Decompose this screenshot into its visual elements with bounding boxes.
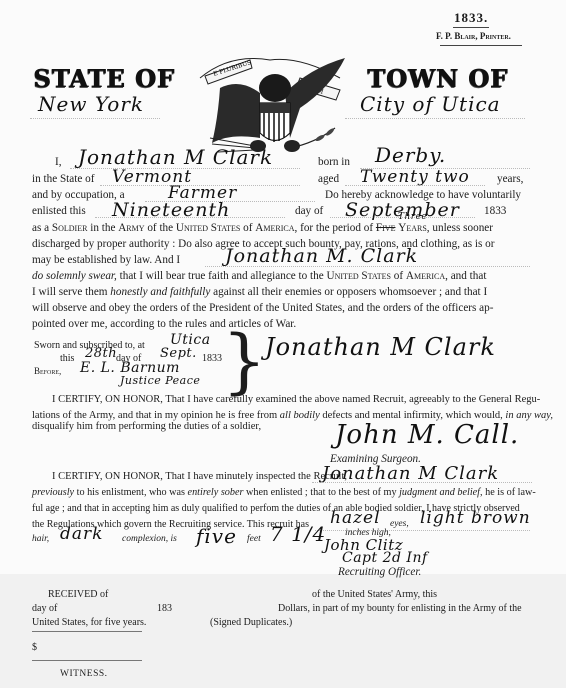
sworn-year: 1833: [202, 352, 222, 365]
printer-credit: F. P. Blair, Printer.: [436, 31, 511, 41]
hair-label: hair,: [32, 533, 49, 546]
surgeon-signature: John M. Call.: [335, 420, 519, 450]
law-line: may be established by law. And I: [32, 254, 180, 267]
officer-cert-line1: I CERTIFY, ON HONOR, That I have minutel…: [52, 470, 347, 483]
officer-cert-line2: previously to his enlistment, who was en…: [32, 486, 536, 499]
dollar-sign: $: [32, 641, 37, 654]
dollars-text: Dollars, in part of my bounty for enlist…: [278, 602, 522, 615]
hair-value: light brown: [420, 508, 531, 528]
day-of-label: day of: [295, 205, 323, 218]
soldier-line: as a Soldier in the Army of the United S…: [32, 222, 493, 235]
oath-name: Jonathan M. Clark: [225, 245, 418, 267]
officer-rank: Capt 2d Inf: [342, 550, 428, 566]
struck-period: Five: [376, 222, 396, 234]
enlisted-label: enlisted this: [32, 205, 86, 218]
state-value: New York: [38, 92, 144, 116]
sworn-month: Sept.: [160, 346, 197, 361]
aged-label: aged: [318, 173, 339, 186]
surgeon-cert-line3: disqualify him from performing the dutie…: [32, 420, 261, 433]
swear-line: do solemnly swear, that I will bear true…: [32, 270, 486, 283]
five-years-text: United States, for five years.: [32, 616, 146, 629]
surgeon-cert-line1: I CERTIFY, ON HONOR, That I have careful…: [52, 393, 540, 406]
receipt-day-of: day of: [32, 602, 57, 615]
received-label: RECEIVED of: [48, 588, 108, 601]
occupation-label: and by occupation, a: [32, 189, 125, 202]
lead-in: I,: [55, 156, 62, 169]
brace: }: [222, 326, 267, 396]
divider: [32, 660, 142, 661]
army-label: of the United States' Army, this: [312, 588, 437, 601]
before-label: Before,: [34, 365, 61, 378]
feet-label: feet: [247, 533, 261, 546]
this-label: this: [60, 352, 74, 365]
officer-title: Recruiting Officer.: [338, 566, 421, 579]
inches-value: 7 1/4: [270, 522, 326, 546]
sworn-day: 28th: [85, 346, 117, 361]
aged-value: Twenty two: [360, 167, 470, 187]
serve-line: I will serve them honestly and faithfull…: [32, 286, 487, 299]
divider: [32, 631, 142, 632]
divider: [440, 45, 522, 46]
inspected-recruit-name: Jonathan M Clark: [322, 463, 499, 484]
form-year: 1833.: [454, 10, 488, 26]
enlisted-year: 1833: [484, 205, 506, 218]
eyes-value: hazel: [330, 508, 381, 528]
town-value: City of Utica: [360, 92, 501, 116]
born-in-value: Derby.: [375, 143, 446, 167]
town-of-heading: TOWN OF: [367, 64, 508, 93]
signed-duplicates: (Signed Duplicates.): [210, 616, 292, 629]
complexion-value: dark: [60, 524, 103, 544]
witness-label: WITNESS.: [60, 668, 108, 681]
enlistment-document: 1833. F. P. Blair, Printer. STATE OF TOW…: [0, 0, 566, 688]
recruit-name: Jonathan M Clark: [78, 145, 273, 169]
state-of-label: in the State of: [32, 173, 94, 186]
recruit-signature: Jonathan M Clark: [265, 333, 496, 361]
feet-value: five: [196, 524, 237, 548]
complexion-label: complexion, is: [122, 533, 177, 546]
receipt-year-prefix: 183: [157, 602, 172, 615]
obey-line: will observe and obey the orders of the …: [32, 302, 493, 315]
years-label: years,: [497, 173, 523, 186]
period-correction: Three: [398, 212, 427, 222]
born-in-label: born in: [318, 156, 350, 169]
state-of-heading: STATE OF: [33, 64, 175, 93]
magistrate-title: Justice Peace: [120, 374, 200, 387]
divider: [453, 27, 489, 28]
